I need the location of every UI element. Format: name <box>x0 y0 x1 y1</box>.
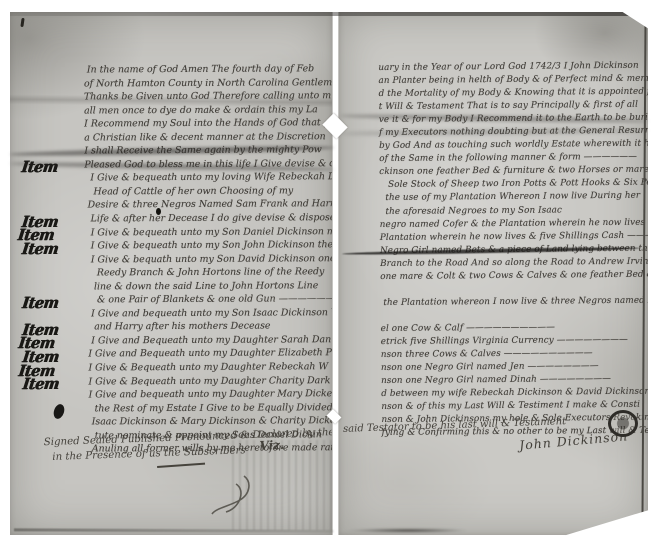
top-edge-shadow <box>10 12 648 16</box>
seal-stamp <box>608 410 638 437</box>
bleed-through-text <box>232 440 332 530</box>
document-scan: In the name of God Amen The fourth day o… <box>0 0 656 547</box>
left-page-text: In the name of God Amen The fourth day o… <box>15 19 332 447</box>
manuscript-sheet: In the name of God Amen The fourth day o… <box>10 12 648 535</box>
item-marker: Item <box>21 294 60 313</box>
item-marker: Item <box>20 158 59 177</box>
ink-dot <box>156 208 161 215</box>
item-marker: Item <box>22 375 61 394</box>
left-page-half: In the name of God Amen The fourth day o… <box>10 12 332 535</box>
item-marker: Item <box>21 240 60 259</box>
right-page-half: uary in the Year of our Lord God 1742/3 … <box>339 12 648 535</box>
bottom-edge-smudge <box>328 528 488 533</box>
right-page-text: uary in the Year of our Lord God 1742/3 … <box>339 21 648 432</box>
fold-gap <box>332 12 339 535</box>
